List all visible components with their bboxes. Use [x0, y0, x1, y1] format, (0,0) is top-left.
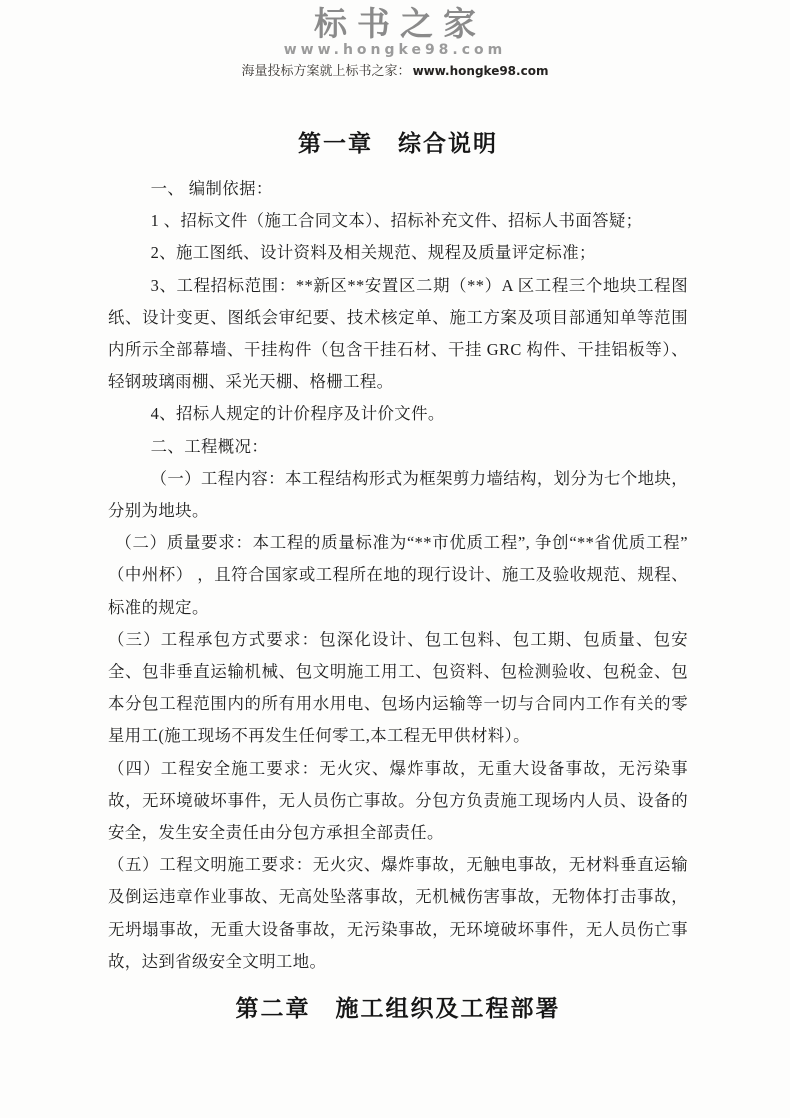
paragraph-civilized-construction: （五）工程文明施工要求：无火灾、爆炸事故，无触电事故，无材料垂直运输及倒运违章作…	[108, 849, 688, 978]
document-body: 第一章 综合说明 一、 编制依据： 1 、招标文件（施工合同文本）、招标补充文件…	[0, 129, 790, 1024]
paragraph-basis-heading: 一、 编制依据：	[108, 173, 688, 205]
site-header: 标书之家 www.hongke98.com 海量投标方案就上标书之家：www.h…	[0, 0, 790, 79]
paragraph-contracting-method: （三）工程承包方式要求：包深化设计、包工包料、包工期、包质量、包安全、包非垂直运…	[108, 624, 688, 753]
paragraph-basis-item-4: 4、招标人规定的计价程序及计价文件。	[108, 398, 688, 430]
chapter-1-title: 第一章 综合说明	[108, 129, 688, 159]
document-page: 标书之家 www.hongke98.com 海量投标方案就上标书之家：www.h…	[0, 0, 790, 1118]
paragraph-basis-item-1: 1 、招标文件（施工合同文本）、招标补充文件、招标人书面答疑；	[108, 205, 688, 237]
chapter-2-title: 第二章 施工组织及工程部署	[108, 994, 688, 1024]
tagline: 海量投标方案就上标书之家：www.hongke98.com	[0, 63, 790, 79]
tagline-label: 海量投标方案就上标书之家：	[242, 63, 411, 78]
paragraph-quality-requirements: （二）质量要求：本工程的质量标准为“**市优质工程”, 争创“**省优质工程”（…	[108, 527, 688, 624]
logo-url-text: www.hongke98.com	[0, 43, 790, 58]
paragraph-safety-requirements: （四）工程安全施工要求：无火灾、爆炸事故，无重大设备事故，无污染事故，无环境破坏…	[108, 753, 688, 850]
logo-text: 标书之家	[0, 6, 790, 42]
tagline-url: www.hongke98.com	[413, 64, 549, 78]
paragraph-basis-item-3: 3、工程招标范围：**新区**安置区二期（**）A 区工程三个地块工程图纸、设计…	[108, 270, 688, 399]
paragraph-overview-heading: 二、工程概况：	[108, 431, 688, 463]
logo: 标书之家 www.hongke98.com	[0, 6, 790, 58]
paragraph-basis-item-2: 2、施工图纸、设计资料及相关规范、规程及质量评定标准；	[108, 237, 688, 269]
paragraph-project-content: （一）工程内容：本工程结构形式为框架剪力墙结构，划分为七个地块，分别为地块。	[108, 463, 688, 527]
